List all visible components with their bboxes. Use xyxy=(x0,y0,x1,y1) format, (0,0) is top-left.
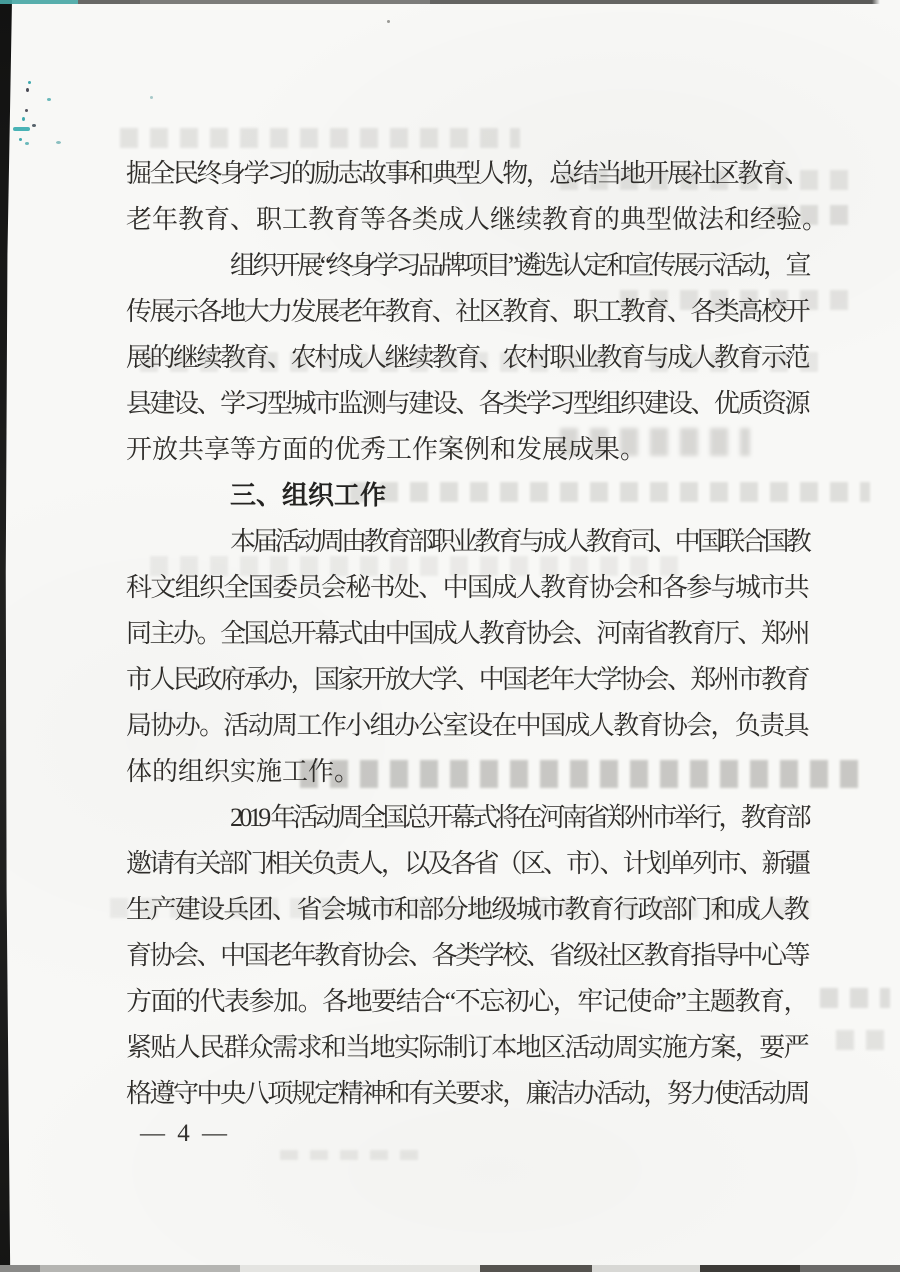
pen-speck xyxy=(25,142,29,145)
pen-speck xyxy=(47,98,51,101)
text-line: 组织开展“终身学习品牌项目”遴选认定和宣传展示活动，宣 xyxy=(126,245,808,291)
bleedthrough-mark xyxy=(836,1030,896,1050)
text-line: 邀请有关部门相关负责人，以及各省（区、市）、计划单列市、新疆 xyxy=(126,843,808,889)
scan-edge-top xyxy=(0,0,900,4)
text-line: 传展示各地大力发展老年教育、社区教育、职工教育、各类高校开 xyxy=(126,291,808,337)
section-heading: 三、组织工作 xyxy=(126,475,808,521)
text-line: 本届活动周由教育部职业教育与成人教育司、中国联合国教 xyxy=(126,521,808,567)
pen-speck xyxy=(28,81,31,84)
scan-edge-left xyxy=(0,0,12,1272)
text-line: 市人民政府承办，国家开放大学、中国老年大学协会、郑州市教育 xyxy=(126,659,808,705)
pen-speck xyxy=(25,109,28,112)
bleedthrough-mark xyxy=(120,128,520,148)
text-line: 紧贴人民群众需求和当地实际制订本地区活动周实施方案，要严 xyxy=(126,1027,808,1073)
text-line: 育协会、中国老年教育协会、各类学校、省级社区教育指导中心等 xyxy=(126,935,808,981)
bleedthrough-mark xyxy=(820,988,890,1008)
pen-speck xyxy=(19,138,22,141)
pen-speck xyxy=(26,88,29,92)
scan-edge-bottom xyxy=(0,1265,900,1272)
pen-speck xyxy=(13,127,30,131)
pen-speck xyxy=(22,117,25,121)
text-line: 掘全民终身学习的励志故事和典型人物，总结当地开展社区教育、 xyxy=(126,153,808,199)
text-line: 2019 年活动周全国总开幕式将在河南省郑州市举行，教育部 xyxy=(126,797,808,843)
text-line: 局协办。活动周工作小组办公室设在中国成人教育协会，负责具 xyxy=(126,705,808,751)
page-number: — 4 — xyxy=(140,1120,230,1148)
ink-speck xyxy=(387,20,390,23)
text-line: 体的组织实施工作。 xyxy=(126,751,808,797)
text-line: 县建设、学习型城市监测与建设、各类学习型组织建设、优质资源 xyxy=(126,383,808,429)
text-line: 同主办。全国总开幕式由中国成人教育协会、河南省教育厅、郑州 xyxy=(126,613,808,659)
bleedthrough-mark xyxy=(280,1150,420,1160)
pen-speck xyxy=(150,96,153,99)
text-line: 方面的代表参加。各地要结合“不忘初心，牢记使命”主题教育， xyxy=(126,981,808,1027)
scanned-page: 掘全民终身学习的励志故事和典型人物，总结当地开展社区教育、老年教育、职工教育等各… xyxy=(0,0,900,1272)
pen-speck xyxy=(56,141,61,144)
text-line: 展的继续教育、农村成人继续教育、农村职业教育与成人教育示范 xyxy=(126,337,808,383)
text-line: 老年教育、职工教育等各类成人继续教育的典型做法和经验。 xyxy=(126,199,808,245)
text-line: 格遵守中央八项规定精神和有关要求，廉洁办活动，努力使活动周 xyxy=(126,1073,808,1119)
text-line: 科文组织全国委员会秘书处、中国成人教育协会和各参与城市共 xyxy=(126,567,808,613)
text-line: 生产建设兵团、省会城市和部分地级城市教育行政部门和成人教 xyxy=(126,889,808,935)
document-body: 掘全民终身学习的励志故事和典型人物，总结当地开展社区教育、老年教育、职工教育等各… xyxy=(126,153,808,1119)
text-line: 开放共享等方面的优秀工作案例和发展成果。 xyxy=(126,429,808,475)
pen-speck xyxy=(32,124,36,127)
